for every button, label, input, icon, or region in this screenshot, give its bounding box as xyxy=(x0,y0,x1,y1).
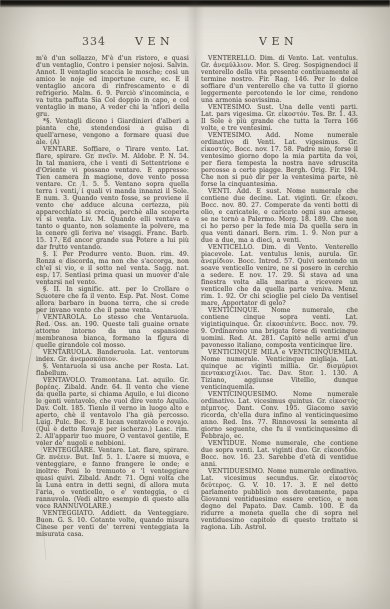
running-head-left: VEN xyxy=(135,35,174,48)
running-head-right: VEN xyxy=(259,35,298,48)
dictionary-entry: VENTEGGIATO. Addiett. da Venteggiare. Bu… xyxy=(36,510,189,538)
entry-continuation: m'è d'un sollazzo, M'è d'un ristoro, e q… xyxy=(36,55,189,118)
dictionary-entry: VENTICINQUE MILA e VENTICINQUEMILA. Nome… xyxy=(201,349,358,391)
dictionary-entry: VENTICINQUE. Nome numerale, che contiene… xyxy=(201,307,358,349)
page-number: 334 xyxy=(82,35,106,48)
dictionary-entry: VENTEGGIARE. Ventare. Lat. flare, spirar… xyxy=(36,447,189,510)
entry-subsection: §. I. Per Produrre vento. Buon. rim. 49.… xyxy=(36,251,189,286)
left-text-column: m'è d'un sollazzo, M'è d'un ristoro, e q… xyxy=(36,55,189,538)
scanned-dictionary-page: 334 VEN VEN m'è d'un sollazzo, M'è d'un … xyxy=(0,0,390,609)
dictionary-entry: VENTICELLO. Dim. di Vento. Venterello pi… xyxy=(201,244,358,307)
dictionary-entry: VENTARUOLA. Banderuola. Lat. ventorum in… xyxy=(36,349,189,363)
dictionary-entry: VENTIDUE. Nome numerale, che contiene du… xyxy=(201,440,358,468)
dictionary-entry: VENTICINQUESIMO. Nome numerale ordinativ… xyxy=(201,391,358,440)
dictionary-entry: VENTESIMO. Sust. Una delle venti parti. … xyxy=(201,104,358,132)
entry-subsection: §. Ventaruola si usa anche per Rosta. La… xyxy=(36,363,189,377)
dictionary-entry: VENTESIMO. Add. Nome numerale ordinativo… xyxy=(201,132,358,188)
entry-subsection: *§. Ventagli dicono i Giardinieri d'albe… xyxy=(36,118,189,146)
entry-subsection: §. II. In signific. att. per lo Crollare… xyxy=(36,286,189,314)
dictionary-entry: VENTARE. Soffiare, o Tirare vento. Lat. … xyxy=(36,146,189,251)
dictionary-entry: VENTAVOLO. Tramontana. Lat. aquilo. Gr. … xyxy=(36,377,189,447)
column-divider-rule xyxy=(195,48,196,548)
dictionary-entry: VENTERELLO. Dim. di Vento. Lat. ventulus… xyxy=(201,55,358,104)
dictionary-entry: VENTIDUESIMO. Nome numerale ordinativo. … xyxy=(201,468,358,531)
right-text-column: VENTERELLO. Dim. di Vento. Lat. ventulus… xyxy=(201,55,358,531)
dictionary-entry: VENTI. Add. E sust. Nome numerale che co… xyxy=(201,188,358,244)
dictionary-entry: VENTAROLA. Lo stesso che Ventaruola. Red… xyxy=(36,314,189,349)
